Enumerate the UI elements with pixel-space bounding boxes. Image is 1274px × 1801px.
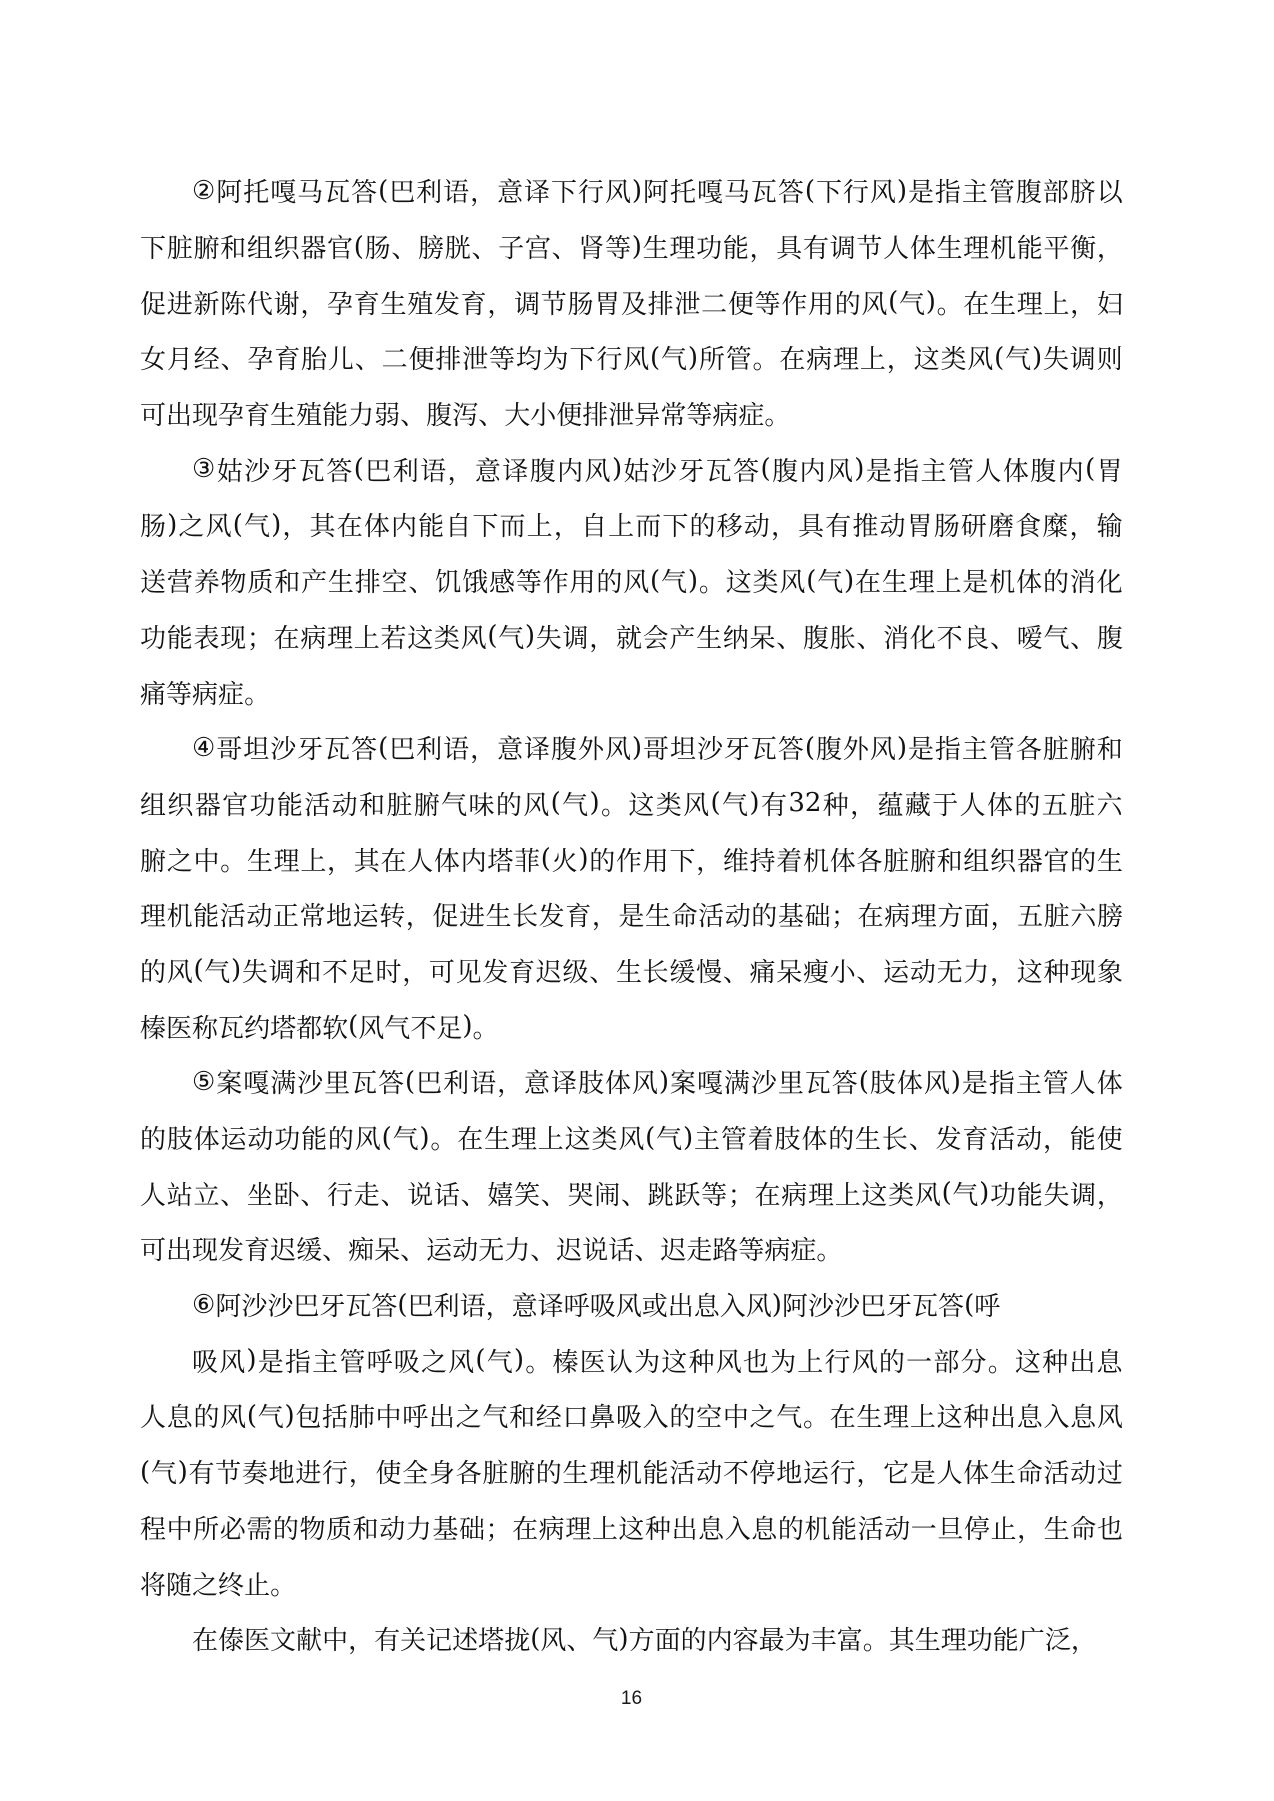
- text-line: 人站立、坐卧、行走、说话、嬉笑、哭闹、跳跃等；在病理上这类风(气)功能失调，: [140, 1165, 1123, 1221]
- text-line: 程中所必需的物质和动力基础；在病理上这种出息入息的机能活动一旦停止，生命也: [140, 1500, 1123, 1556]
- text-line: ③姑沙牙瓦答(巴利语，意译腹内风)姑沙牙瓦答(腹内风)是指主管人体腹内(胃: [140, 441, 1123, 497]
- text-line: (气)有节奏地进行，使全身各脏腑的生理机能活动不停地运行，它是人体生命活动过: [140, 1444, 1123, 1500]
- text-line: 组织器官功能活动和脏腑气味的风(气)。这类风(气)有32种，蕴藏于人体的五脏六: [140, 776, 1123, 832]
- text-line: 的肢体运动功能的风(气)。在生理上这类风(气)主管着肢体的生长、发育活动，能使: [140, 1110, 1123, 1166]
- text-line: ④哥坦沙牙瓦答(巴利语，意译腹外风)哥坦沙牙瓦答(腹外风)是指主管各脏腑和: [140, 720, 1123, 776]
- text-line: ②阿托嘎马瓦答(巴利语，意译下行风)阿托嘎马瓦答(下行风)是指主管腹部脐以: [140, 163, 1123, 219]
- text-line: 肠)之风(气)，其在体内能自下而上，自上而下的移动，具有推动胃肠研磨食糜，输: [140, 497, 1123, 553]
- text-line: 吸风)是指主管呼吸之风(气)。榛医认为这种风也为上行风的一部分。这种出息: [140, 1332, 1123, 1388]
- text-line: 女月经、孕育胎儿、二便排泄等均为下行风(气)所管。在病理上，这类风(气)失调则: [140, 330, 1123, 386]
- text-line: 人息的风(气)包括肺中呼出之气和经口鼻吸入的空中之气。在生理上这种出息入息风: [140, 1388, 1123, 1444]
- text-line: 理机能活动正常地运转，促进生长发育，是生命活动的基础；在病理方面，五脏六膀: [140, 887, 1123, 943]
- text-line: 榛医称瓦约塔都软(风气不足)。: [140, 998, 1123, 1054]
- page-body: ②阿托嘎马瓦答(巴利语，意译下行风)阿托嘎马瓦答(下行风)是指主管腹部脐以下脏腑…: [140, 163, 1123, 1667]
- text-line: 功能表现；在病理上若这类风(气)失调，就会产生纳呆、腹胀、消化不良、嗳气、腹: [140, 609, 1123, 665]
- text-line: 送营养物质和产生排空、饥饿感等作用的风(气)。这类风(气)在生理上是机体的消化: [140, 553, 1123, 609]
- text-line: ⑤案嘎满沙里瓦答(巴利语，意译肢体风)案嘎满沙里瓦答(肢体风)是指主管人体: [140, 1054, 1123, 1110]
- text-line: ⑥阿沙沙巴牙瓦答(巴利语，意译呼吸风或出息入风)阿沙沙巴牙瓦答(呼: [140, 1277, 1123, 1333]
- text-line: 下脏腑和组织器官(肠、膀胱、子宫、肾等)生理功能，具有调节人体生理机能平衡，: [140, 219, 1123, 275]
- text-line: 腑之中。生理上，其在人体内塔菲(火)的作用下，维持着机体各脏腑和组织器官的生: [140, 831, 1123, 887]
- text-line: 痛等病症。: [140, 664, 1123, 720]
- page-number: 16: [140, 1688, 1123, 1710]
- text-line: 促进新陈代谢，孕育生殖发育，调节肠胃及排泄二便等作用的风(气)。在生理上，妇: [140, 274, 1123, 330]
- text-line: 可出现孕育生殖能力弱、腹泻、大小便排泄异常等病症。: [140, 386, 1123, 442]
- text-line: 的风(气)失调和不足时，可见发育迟级、生长缓慢、痛呆瘦小、运动无力，这种现象: [140, 943, 1123, 999]
- text-line: 将随之终止。: [140, 1555, 1123, 1611]
- text-line: 在傣医文献中，有关记述塔拢(风、气)方面的内容最为丰富。其生理功能广泛，: [140, 1611, 1123, 1667]
- text-line: 可出现发育迟缓、痴呆、运动无力、迟说话、迟走路等病症。: [140, 1221, 1123, 1277]
